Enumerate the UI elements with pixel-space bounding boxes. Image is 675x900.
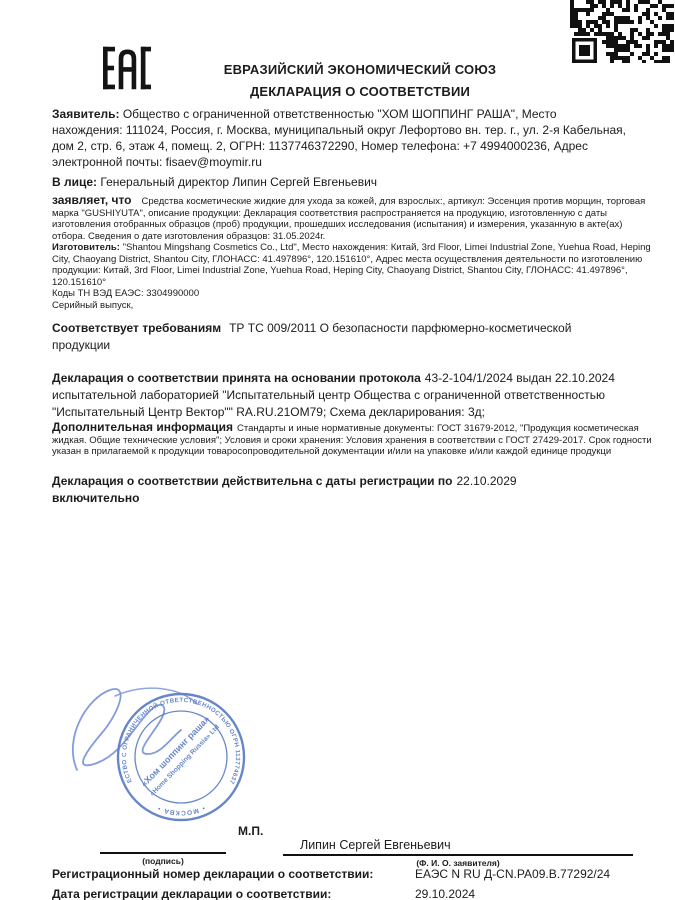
validity-paragraph: Декларация о соответствии действительна … xyxy=(52,473,630,507)
signature-caption: (подпись) xyxy=(100,856,226,866)
declares-text: Средства косметические жидкие для ухода … xyxy=(52,196,645,242)
manufacturer-label: Изготовитель: xyxy=(52,242,120,253)
qr-code-icon xyxy=(570,0,674,63)
declares-label: заявляет, что xyxy=(52,193,132,207)
registration-date-value: 29.10.2024 xyxy=(415,887,475,900)
signature-line xyxy=(100,852,226,854)
compliance-label: Соответствует требованиям xyxy=(52,321,221,335)
applicant-label: Заявитель: xyxy=(52,107,120,121)
declares-paragraph: заявляет, чтоСредства косметические жидк… xyxy=(52,195,652,242)
serial-release: Серийный выпуск, xyxy=(52,300,652,312)
manufacturer-paragraph: Изготовитель: "Shantou Mingshang Cosmeti… xyxy=(52,242,652,288)
document-title: ДЕКЛАРАЦИЯ О СООТВЕТСТВИИ xyxy=(50,84,670,99)
additional-label: Дополнительная информация xyxy=(52,420,233,434)
validity-label: Декларация о соответствии действительна … xyxy=(52,474,452,488)
signer-name: Липин Сергей Евгеньевич xyxy=(300,838,451,852)
applicant-text: Общество с ограниченной ответственностью… xyxy=(52,107,626,169)
manufacturer-text: "Shantou Mingshang Cosmetics Co., Ltd", … xyxy=(52,242,651,288)
applicant-paragraph: Заявитель: Общество с ограниченной ответ… xyxy=(52,106,630,170)
compliance-paragraph: Соответствует требованиямТР ТС 009/2011 … xyxy=(52,320,630,354)
registration-number-label: Регистрационный номер декларации о соотв… xyxy=(52,867,373,881)
validity-date: 22.10.2029 xyxy=(456,474,516,488)
tnved-codes: Коды ТН ВЭД ЕАЭС: 3304990000 xyxy=(52,288,652,300)
registration-number-value: ЕАЭС N RU Д-CN.РА09.В.77292/24 xyxy=(415,867,610,881)
basis-label: Декларация о соответствии принята на осн… xyxy=(52,371,421,385)
person-text: Генеральный директор Липин Сергей Евгень… xyxy=(100,175,377,189)
union-title: ЕВРАЗИЙСКИЙ ЭКОНОМИЧЕСКИЙ СОЮЗ xyxy=(50,62,670,77)
registration-date-label: Дата регистрации декларации о соответств… xyxy=(52,887,331,900)
mp-label: М.П. xyxy=(238,824,263,838)
svg-text:• МОСКВА •: • МОСКВА • xyxy=(156,804,206,816)
person-paragraph: В лице: Генеральный директор Липин Серге… xyxy=(52,174,630,190)
stamp-ring-bottom-text: • МОСКВА • xyxy=(156,804,206,816)
validity-suffix: включительно xyxy=(52,490,630,507)
person-label: В лице: xyxy=(52,175,97,189)
additional-paragraph: Дополнительная информацияСтандарты и ины… xyxy=(52,422,652,458)
name-line xyxy=(283,854,633,856)
basis-paragraph: Декларация о соответствии принята на осн… xyxy=(52,370,630,421)
stamp-center-line1: «Хом шоппинг раша» xyxy=(139,714,212,789)
company-stamp: ОБЩЕСТВО С ОГРАНИЧЕННОЙ ОТВЕТСТВЕННОСТЬЮ… xyxy=(55,680,244,820)
declaration-document: ЕВРАЗИЙСКИЙ ЭКОНОМИЧЕСКИЙ СОЮЗ ДЕКЛАРАЦИ… xyxy=(0,0,675,900)
